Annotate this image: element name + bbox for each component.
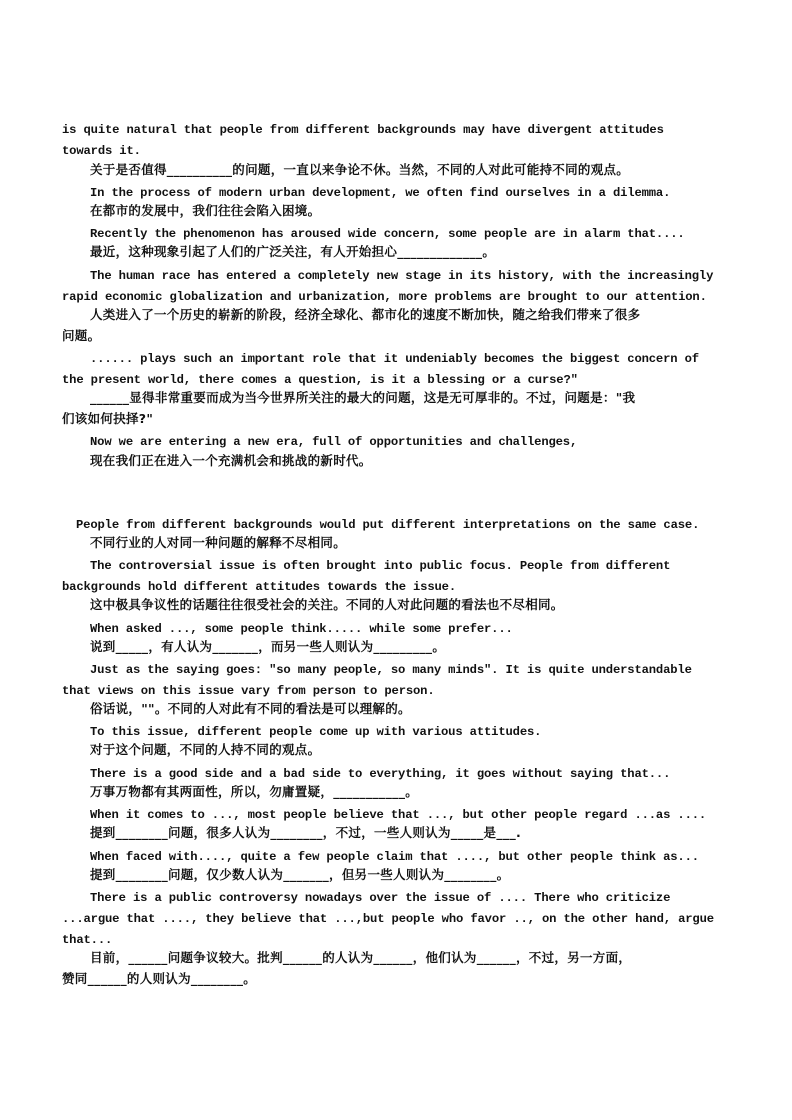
text-line: When faced with...., quite a few people … (90, 849, 699, 865)
text-line: towards it. (62, 143, 141, 159)
text-line-zh: 最近，这种现象引起了人们的广泛关注，有人开始担心_____________。 (90, 244, 495, 260)
text-line: that views on this issue vary from perso… (62, 683, 435, 699)
text-line-zh: 对于这个问题，不同的人持不同的观点。 (90, 742, 320, 758)
text-line: Just as the saying goes: "so many people… (90, 662, 692, 678)
text-line-zh: 万事万物都有其两面性，所以，勿庸置疑，___________。 (90, 784, 418, 800)
text-line: that... (62, 932, 112, 948)
document-page: is quite natural that people from differ… (0, 0, 792, 1120)
text-line: the present world, there comes a questio… (62, 372, 578, 388)
text-line: When it comes to ..., most people believ… (90, 807, 706, 823)
text-line-zh: 问题。 (62, 328, 100, 344)
text-line-zh: 提到________问题，仅少数人认为_______，但另一些人则认为_____… (90, 867, 509, 883)
text-line: The human race has entered a completely … (90, 268, 713, 284)
text-line: To this issue, different people come up … (90, 724, 541, 740)
text-line-zh: 在都市的发展中，我们往往会陷入困境。 (90, 203, 320, 219)
text-line-zh: 目前，______问题争议较大。批判______的人认为______，他们认为_… (90, 950, 631, 966)
text-line: The controversial issue is often brought… (90, 558, 670, 574)
text-line: backgrounds hold different attitudes tow… (62, 579, 456, 595)
text-line: There is a good side and a bad side to e… (90, 766, 670, 782)
text-line: There is a public controversy nowadays o… (90, 890, 670, 906)
text-line-zh: 说到_____，有人认为_______，而另一些人则认为_________。 (90, 639, 445, 655)
text-line: When asked ..., some people think..... w… (90, 621, 513, 637)
text-line-zh: 现在我们正在进入一个充满机会和挑战的新时代。 (90, 453, 372, 469)
text-line-zh: 们该如何抉择?" (62, 411, 153, 427)
text-line: ...argue that ...., they believe that ..… (62, 911, 714, 927)
text-line-zh: 不同行业的人对同一种问题的解释不尽相同。 (90, 535, 346, 551)
text-line-zh: 这中极具争议性的话题往往很受社会的关注。不同的人对此问题的看法也不尽相同。 (90, 597, 564, 613)
text-line: Recently the phenomenon has aroused wide… (90, 226, 685, 242)
text-line: ...... plays such an important role that… (90, 351, 699, 367)
text-line-zh: 人类进入了一个历史的崭新的阶段，经济全球化、都市化的速度不断加快，随之给我们带来… (90, 307, 640, 323)
text-line: rapid economic globalization and urbaniz… (62, 289, 707, 305)
text-line: In the process of modern urban developme… (90, 185, 670, 201)
text-line-zh: 关于是否值得__________的问题，一直以来争论不休。当然，不同的人对此可能… (90, 162, 629, 178)
text-line: Now we are entering a new era, full of o… (90, 434, 577, 450)
text-line: People from different backgrounds would … (76, 517, 699, 533)
text-line: is quite natural that people from differ… (62, 122, 664, 138)
text-line-zh: 赞同______的人则认为________。 (62, 971, 256, 987)
text-line-zh: ______显得非常重要而成为当今世界所关注的最大的问题，这是无可厚非的。不过，… (90, 390, 635, 406)
text-line-zh: 提到________问题，很多人认为________，不过，一些人则认为____… (90, 825, 521, 841)
text-line-zh: 俗话说，""。不同的人对此有不同的看法是可以理解的。 (90, 701, 411, 717)
